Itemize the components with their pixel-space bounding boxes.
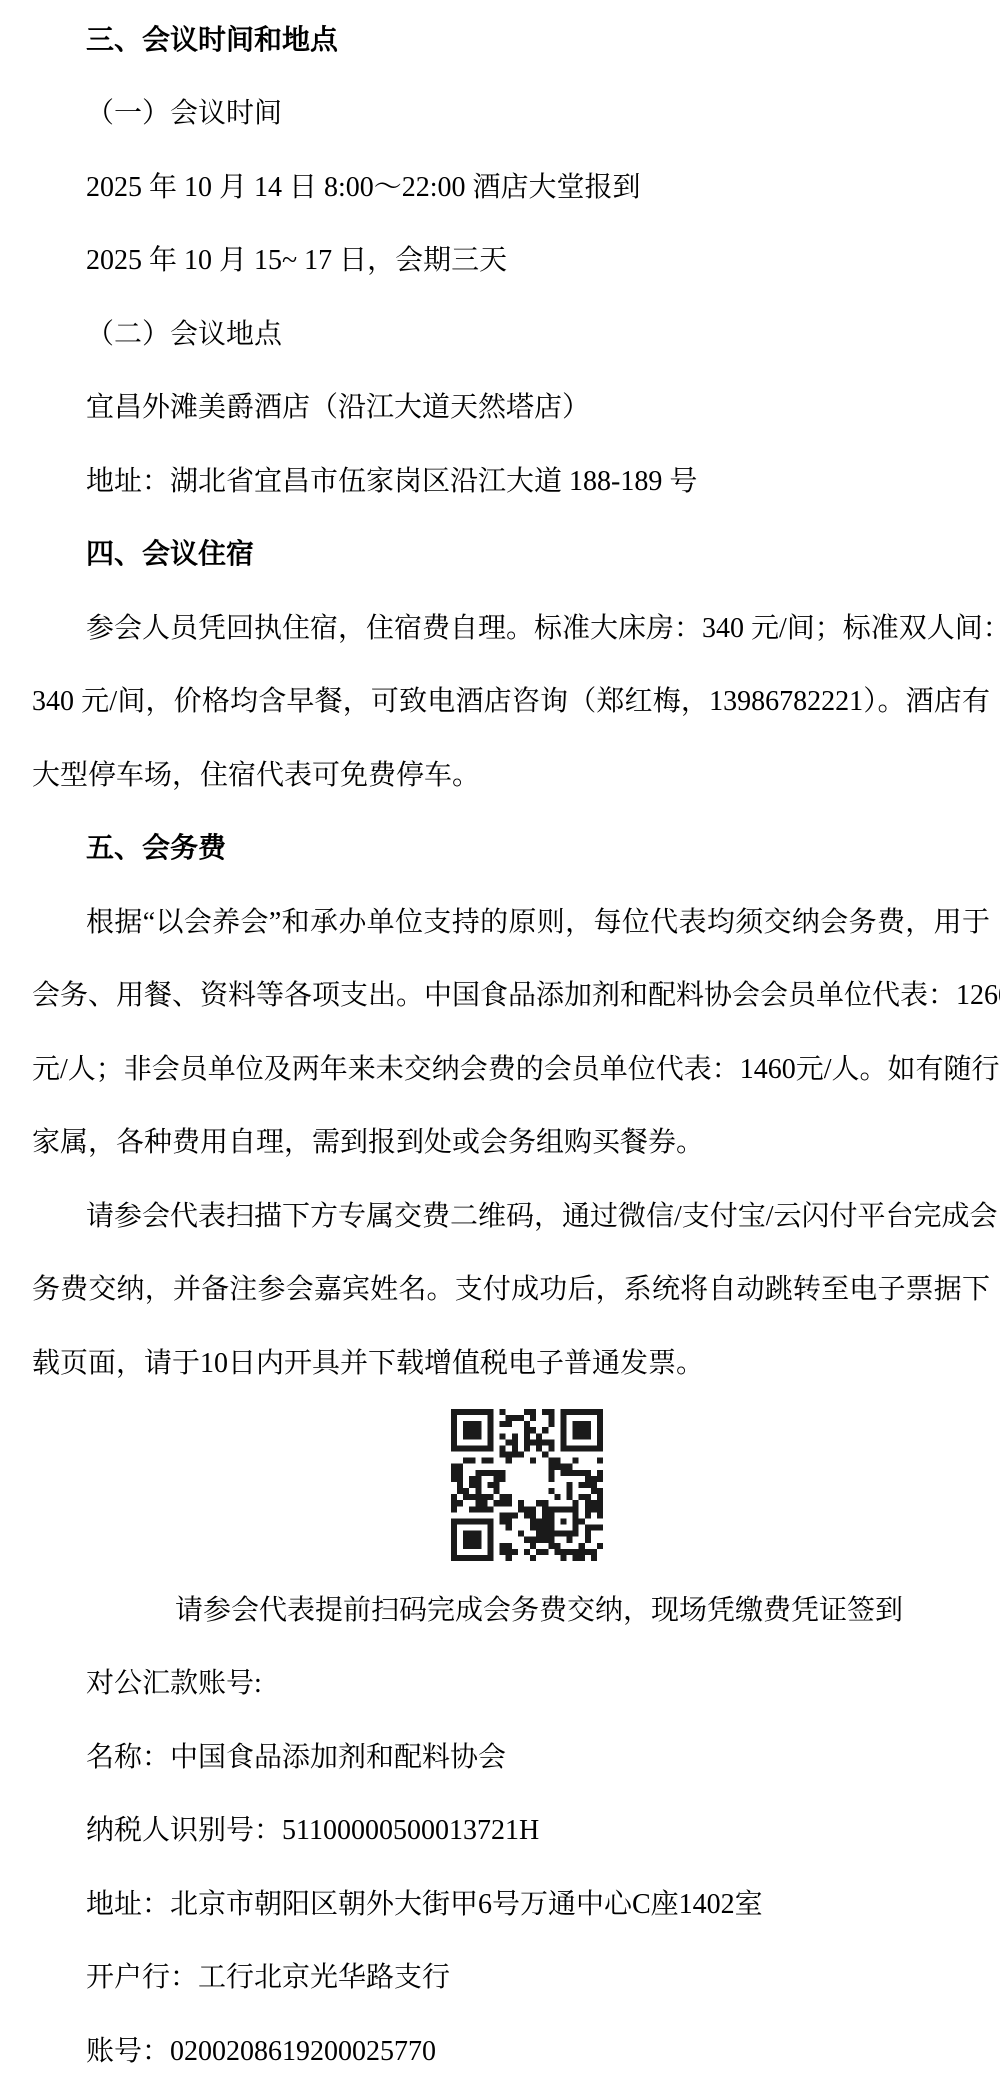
fee-text-line-2: 会务、用餐、资料等各项支出。中国食品添加剂和配料协会会员单位代表：1260 xyxy=(32,979,990,1013)
fee-text-line-4: 家属，各种费用自理，需到报到处或会务组购买餐券。 xyxy=(32,1126,704,1160)
meeting-checkin-time: 2025 年 10 月 14 日 8:00～22:00 酒店大堂报到 xyxy=(86,171,641,205)
accommodation-text-line-2: 340 元/间，价格均含早餐，可致电酒店咨询（郑红梅，13986782221）。… xyxy=(32,685,990,719)
tax-id: 纳税人识别号：51100000500013721H xyxy=(86,1814,539,1848)
bank-account-heading: 对公汇款账号: xyxy=(86,1667,262,1701)
section-heading-accommodation: 四、会议住宿 xyxy=(86,538,254,572)
bank-account-number: 账号：0200208619200025770 xyxy=(86,2035,436,2069)
accommodation-text-line-3: 大型停车场，住宿代表可免费停车。 xyxy=(32,759,480,793)
fee-text-line-1: 根据“以会养会”和承办单位支持的原则，每位代表均须交纳会务费，用于 xyxy=(86,906,990,940)
subheading-meeting-location: （二）会议地点 xyxy=(86,318,282,352)
subheading-meeting-time: （一）会议时间 xyxy=(86,97,282,131)
document-page: 三、会议时间和地点 （一）会议时间 2025 年 10 月 14 日 8:00～… xyxy=(0,0,1000,2091)
bank-branch: 开户行：工行北京光华路支行 xyxy=(86,1961,450,1995)
meeting-dates: 2025 年 10 月 15~ 17 日，会期三天 xyxy=(86,244,507,278)
venue-address: 地址：湖北省宜昌市伍家岗区沿江大道 188-189 号 xyxy=(86,465,697,499)
fee-text-line-3: 元/人；非会员单位及两年来未交纳会费的会员单位代表：1460元/人。如有随行 xyxy=(32,1053,990,1087)
org-address: 地址：北京市朝阳区朝外大街甲6号万通中心C座1402室 xyxy=(86,1888,763,1922)
payment-qr-code-icon xyxy=(451,1409,603,1561)
section-heading-time-location: 三、会议时间和地点 xyxy=(86,24,338,58)
payment-instruction-line-3: 载页面，请于10日内开具并下载增值税电子普通发票。 xyxy=(32,1347,704,1381)
venue-name: 宜昌外滩美爵酒店（沿江大道天然塔店） xyxy=(86,391,590,425)
scan-reminder: 请参会代表提前扫码完成会务费交纳，现场凭缴费凭证签到 xyxy=(175,1594,903,1628)
payment-instruction-line-2: 务费交纳，并备注参会嘉宾姓名。支付成功后，系统将自动跳转至电子票据下 xyxy=(32,1273,990,1307)
org-name: 名称：中国食品添加剂和配料协会 xyxy=(86,1741,506,1775)
accommodation-text-line-1: 参会人员凭回执住宿，住宿费自理。标准大床房：340 元/间；标准双人间： xyxy=(86,612,990,646)
section-heading-conference-fee: 五、会务费 xyxy=(86,832,226,866)
payment-instruction-line-1: 请参会代表扫描下方专属交费二维码，通过微信/支付宝/云闪付平台完成会 xyxy=(86,1200,990,1234)
